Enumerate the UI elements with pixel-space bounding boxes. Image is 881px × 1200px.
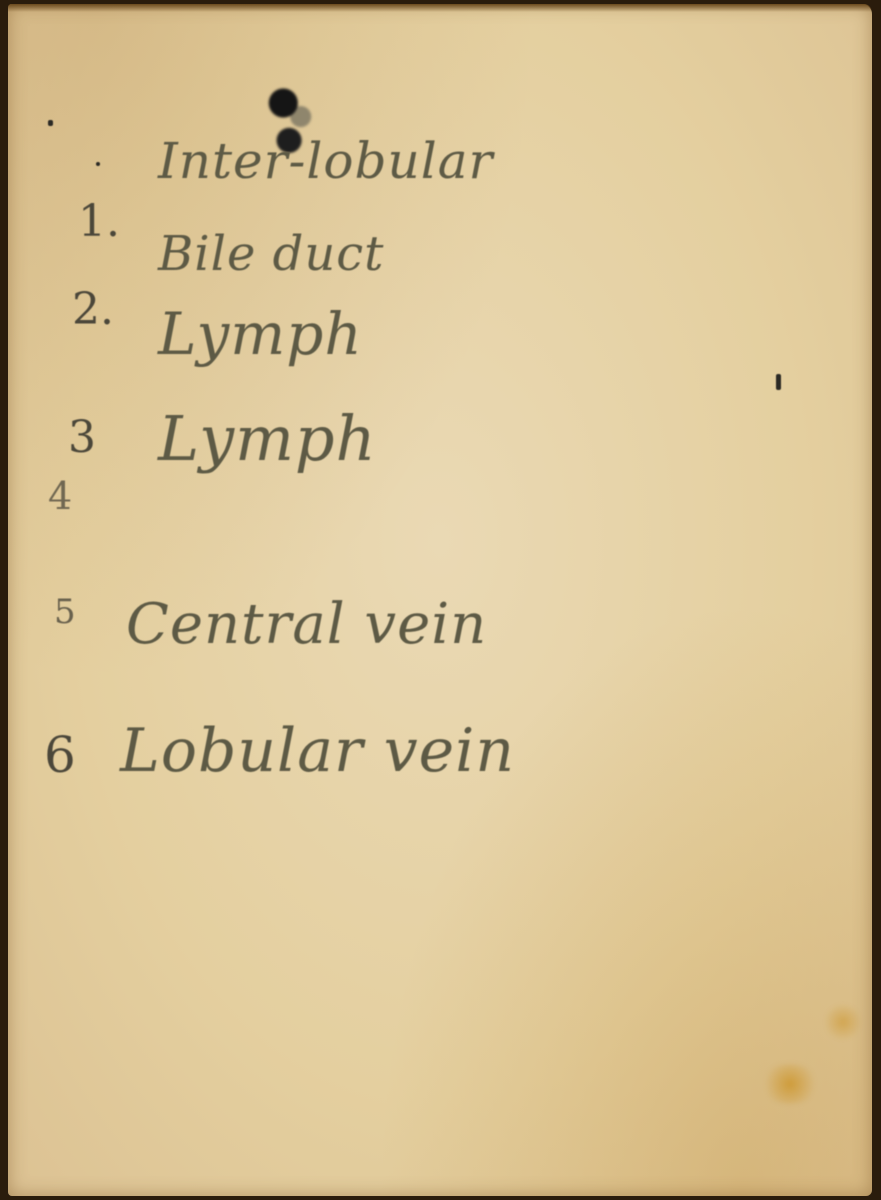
water-stain-small [823,1004,863,1040]
item-label-5: Central vein [126,592,487,657]
item-number-6: 6 [44,726,76,784]
item-number-4: 4 [48,474,72,518]
item-label-2: Lymph [158,300,363,368]
item-label-1: Bile duct [158,226,384,282]
card-top-edge [8,4,872,12]
item-label-3: Lymph [158,402,377,475]
item-number-2: 2. [72,284,114,335]
speck-right [776,374,781,390]
heading-inter-lobular: Inter-lobular [158,132,493,190]
item-number-5: 5 [54,592,76,632]
water-stain-large [760,1064,820,1104]
item-number-1: 1. [78,196,120,247]
speck-center [96,162,100,166]
item-number-3: 3 [68,412,96,463]
item-label-6: Lobular vein [120,716,515,786]
speck-left [48,120,53,126]
photo-card-back: Inter-lobular 1. Bile duct 2. Lymph 3 Ly… [8,4,872,1196]
